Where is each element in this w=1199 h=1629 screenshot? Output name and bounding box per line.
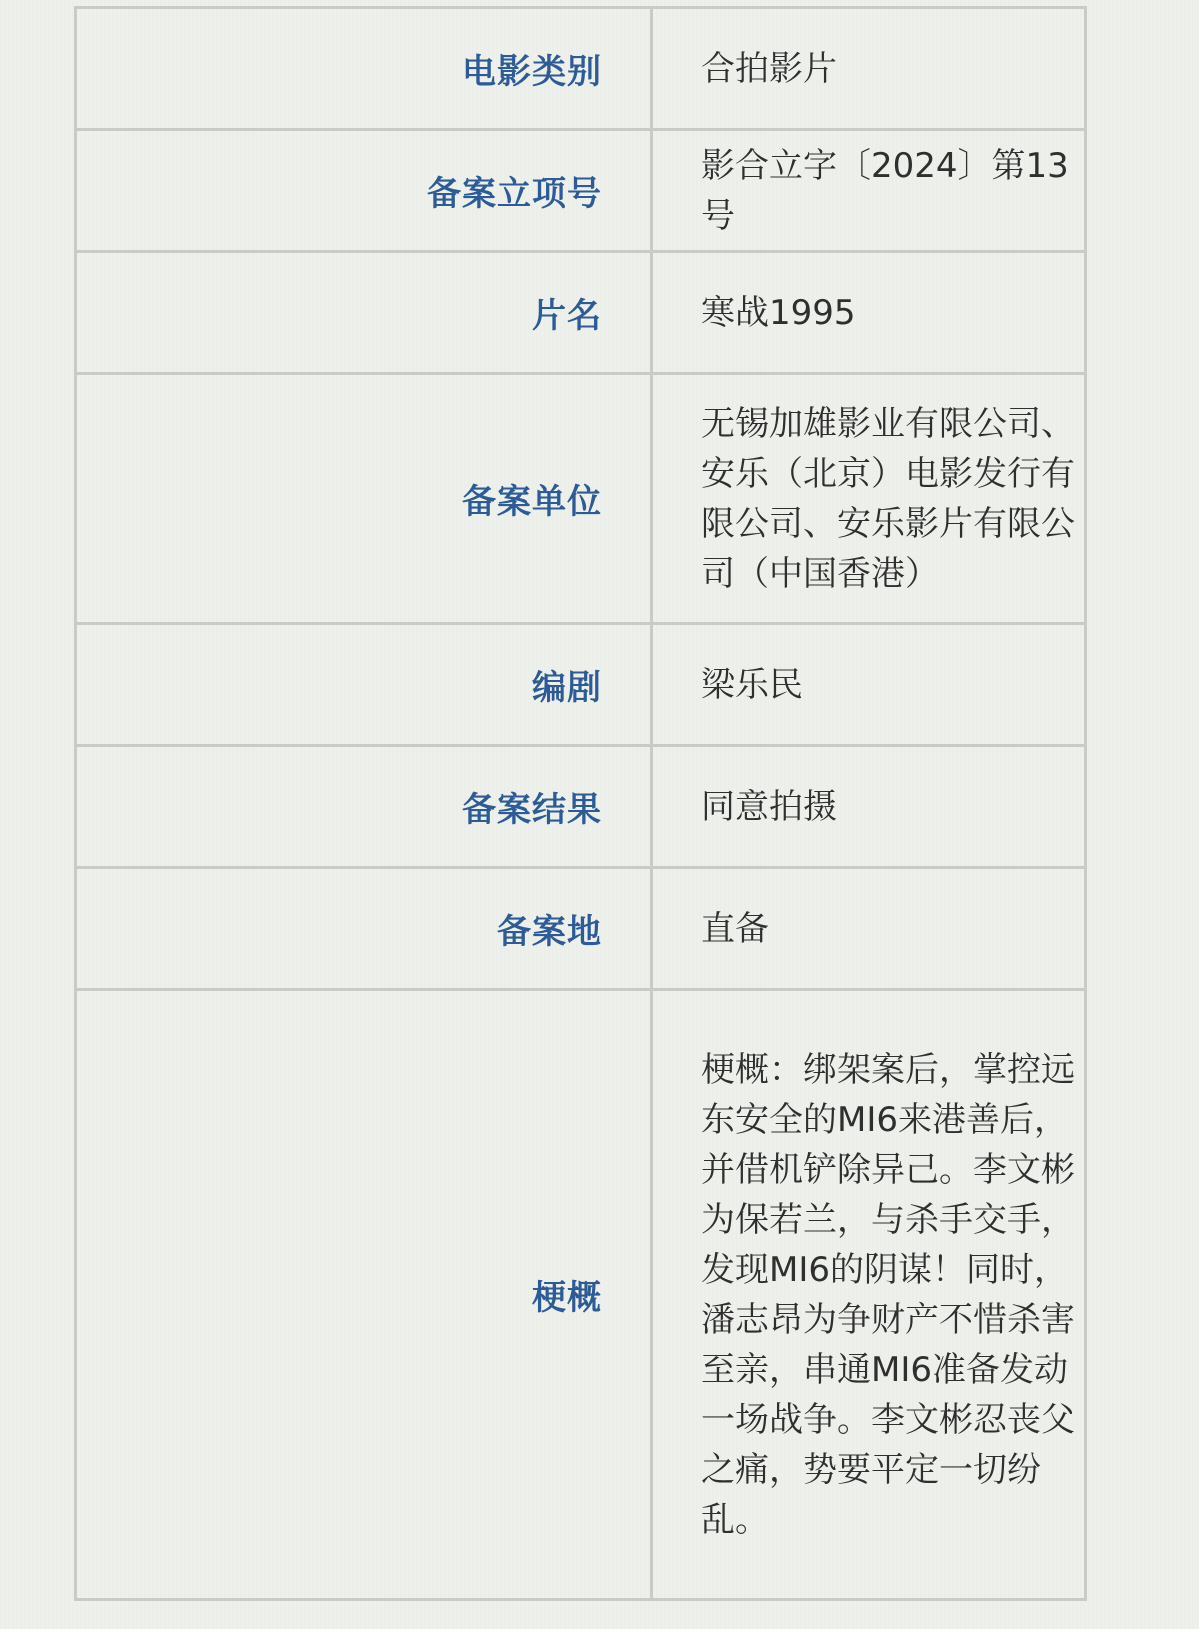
value-film-category: 合拍影片 bbox=[652, 8, 1086, 130]
label-screenwriter: 编剧 bbox=[76, 624, 652, 746]
table-row-registration-number: 备案立项号 影合立字〔2024〕第13号 bbox=[76, 130, 1086, 252]
value-synopsis: 梗概：绑架案后，掌控远东安全的MI6来港善后，并借机铲除异己。李文彬为保若兰，与… bbox=[652, 990, 1086, 1600]
value-registration-result: 同意拍摄 bbox=[652, 746, 1086, 868]
table-row-synopsis: 梗概 梗概：绑架案后，掌控远东安全的MI6来港善后，并借机铲除异己。李文彬为保若… bbox=[76, 990, 1086, 1600]
label-registration-result: 备案结果 bbox=[76, 746, 652, 868]
table-row-registration-place: 备案地 直备 bbox=[76, 868, 1086, 990]
value-screenwriter: 梁乐民 bbox=[652, 624, 1086, 746]
table-row-screenwriter: 编剧 梁乐民 bbox=[76, 624, 1086, 746]
value-registration-place: 直备 bbox=[652, 868, 1086, 990]
table-row-registration-result: 备案结果 同意拍摄 bbox=[76, 746, 1086, 868]
value-registration-number: 影合立字〔2024〕第13号 bbox=[652, 130, 1086, 252]
value-registering-units: 无锡加雄影业有限公司、安乐（北京）电影发行有限公司、安乐影片有限公司（中国香港） bbox=[652, 374, 1086, 624]
label-film-category: 电影类别 bbox=[76, 8, 652, 130]
label-registration-number: 备案立项号 bbox=[76, 130, 652, 252]
label-registration-place: 备案地 bbox=[76, 868, 652, 990]
table-row-registering-units: 备案单位 无锡加雄影业有限公司、安乐（北京）电影发行有限公司、安乐影片有限公司（… bbox=[76, 374, 1086, 624]
label-registering-units: 备案单位 bbox=[76, 374, 652, 624]
table-row-film-category: 电影类别 合拍影片 bbox=[76, 8, 1086, 130]
label-film-title: 片名 bbox=[76, 252, 652, 374]
label-synopsis: 梗概 bbox=[76, 990, 652, 1600]
film-registration-table: 电影类别 合拍影片 备案立项号 影合立字〔2024〕第13号 片名 寒战1995… bbox=[74, 6, 1087, 1601]
value-film-title: 寒战1995 bbox=[652, 252, 1086, 374]
table-row-film-title: 片名 寒战1995 bbox=[76, 252, 1086, 374]
